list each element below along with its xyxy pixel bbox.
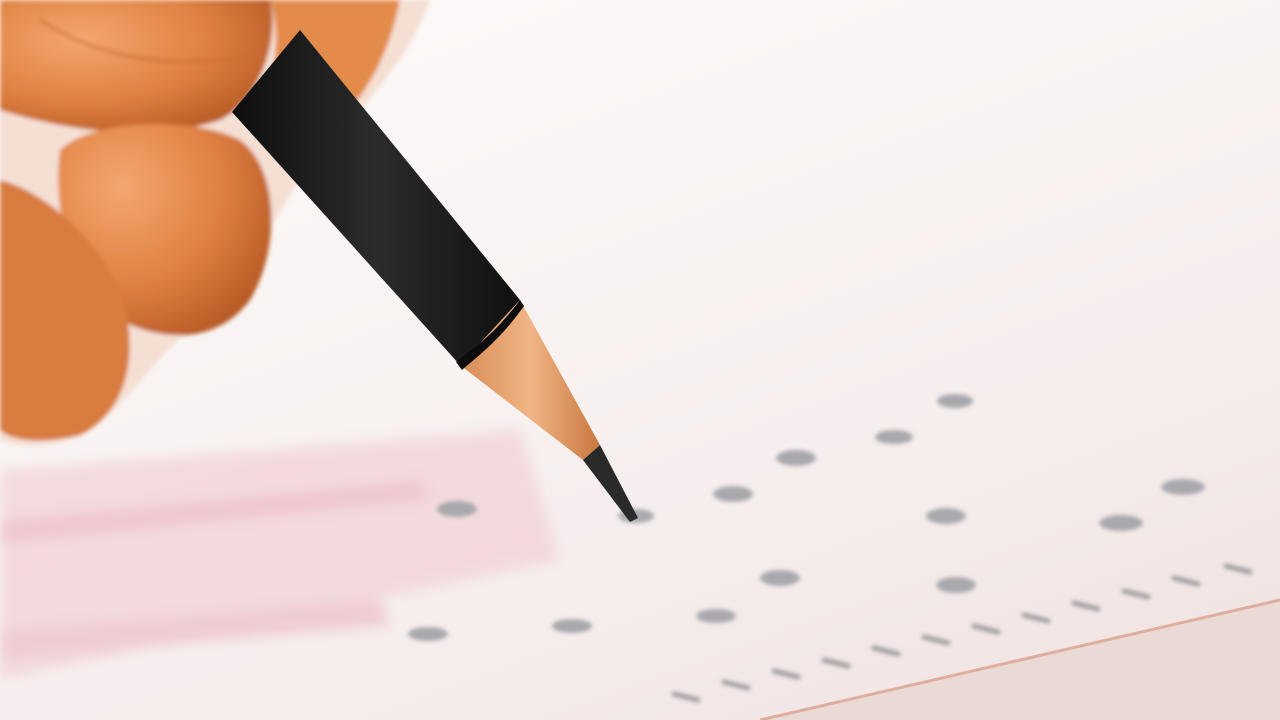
pink-print-area (0, 430, 560, 680)
photo-illustration (0, 0, 1280, 720)
photo-scene (0, 0, 1280, 720)
